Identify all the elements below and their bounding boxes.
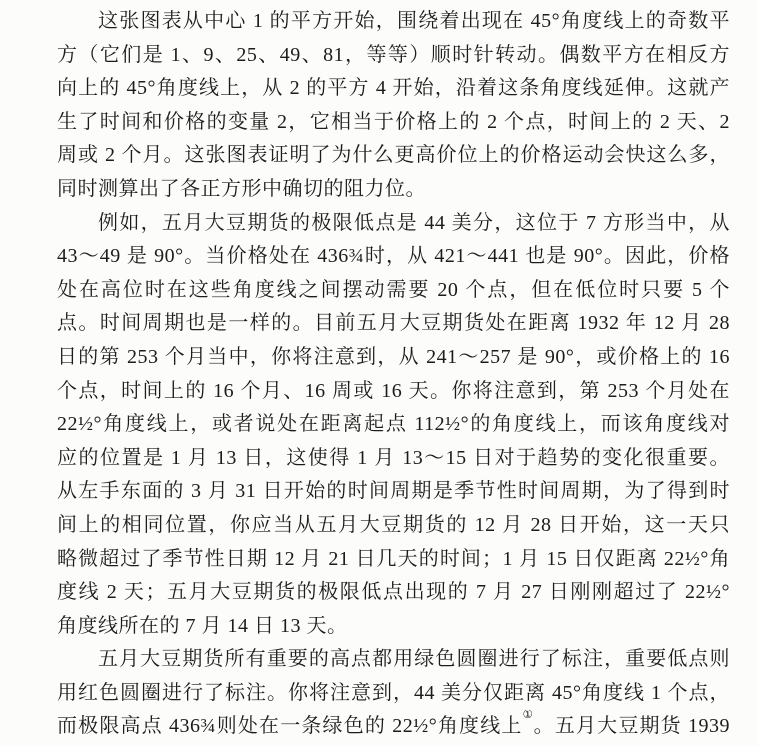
text-line: 间上的相同位置，你应当从五月大豆期货的 12 月 28 日开始，这一天只 bbox=[57, 509, 730, 543]
text-line: 向上的 45°角度线上，从 2 的平方 4 开始，沿着这条角度线延伸。这就产 bbox=[57, 72, 730, 106]
paragraph-1: 这张图表从中心 1 的平方开始，围绕着出现在 45°角度线上的奇数平 方（它们是… bbox=[57, 5, 730, 207]
text-line: 应的位置是 1 月 13 日，这使得 1 月 13～15 日对于趋势的变化很重要… bbox=[57, 442, 730, 476]
text-line: 生了时间和价格的变量 2，它相当于价格上的 2 个点，时间上的 2 天、2 bbox=[57, 106, 730, 140]
text-segment: 而极限高点 436¾则处在一条绿色的 22½°角度线上 bbox=[57, 715, 523, 737]
text-line: 22½°角度线上，或者说处在距离起点 112½°的角度线上，而该角度线对 bbox=[57, 408, 730, 442]
text-line: 度线 2 天；五月大豆期货的极限低点出现的 7 月 27 日刚刚超过了 22½° bbox=[57, 576, 730, 610]
text-line: 从左手东面的 3 月 31 日开始的时间周期是季节性时间周期，为了得到时 bbox=[57, 475, 730, 509]
text-line: 点。时间周期也是一样的。目前五月大豆期货处在距离 1932 年 12 月 28 bbox=[57, 307, 730, 341]
text-line: 43～49 是 90°。当价格处在 436¾时，从 421～441 也是 90°… bbox=[57, 240, 730, 274]
text-line: 而极限高点 436¾则处在一条绿色的 22½°角度线上①。五月大豆期货 1939 bbox=[57, 710, 730, 744]
text-line: 周或 2 个月。这张图表证明了为什么更高价位上的价格运动会快这么多， bbox=[57, 139, 730, 173]
text-segment: 。五月大豆期货 1939 bbox=[534, 715, 730, 737]
paragraph-3: 五月大豆期货所有重要的高点都用绿色圆圈进行了标注，重要低点则 用红色圆圈进行了标… bbox=[57, 643, 730, 744]
text-line: 处在高位时在这些角度线之间摆动需要 20 个点，但在低位时只要 5 个 bbox=[57, 274, 730, 308]
text-line: 五月大豆期货所有重要的高点都用绿色圆圈进行了标注，重要低点则 bbox=[57, 643, 730, 677]
document-text: 这张图表从中心 1 的平方开始，围绕着出现在 45°角度线上的奇数平 方（它们是… bbox=[57, 5, 730, 744]
text-line: 同时测算出了各正方形中确切的阻力位。 bbox=[57, 173, 730, 207]
text-line: 例如，五月大豆期货的极限低点是 44 美分，这位于 7 方形当中，从 bbox=[57, 207, 730, 241]
text-line: 略微超过了季节性日期 12 月 21 日几天的时间；1 月 15 日仅距离 22… bbox=[57, 543, 730, 577]
text-line: 日的第 253 个月当中，你将注意到，从 241～257 是 90°，或价格上的… bbox=[57, 341, 730, 375]
paragraph-2: 例如，五月大豆期货的极限低点是 44 美分，这位于 7 方形当中，从 43～49… bbox=[57, 207, 730, 644]
text-line: 这张图表从中心 1 的平方开始，围绕着出现在 45°角度线上的奇数平 bbox=[57, 5, 730, 39]
page: 这张图表从中心 1 的平方开始，围绕着出现在 45°角度线上的奇数平 方（它们是… bbox=[0, 0, 758, 746]
footnote-ref-1: ① bbox=[523, 710, 534, 721]
text-line: 个点，时间上的 16 个月、16 周或 16 天。你将注意到，第 253 个月处… bbox=[57, 375, 730, 409]
text-line: 用红色圆圈进行了标注。你将注意到，44 美分仅距离 45°角度线 1 个点， bbox=[57, 677, 730, 711]
text-line: 方（它们是 1、9、25、49、81，等等）顺时针转动。偶数平方在相反方 bbox=[57, 39, 730, 73]
text-line: 角度线所在的 7 月 14 日 13 天。 bbox=[57, 610, 730, 644]
